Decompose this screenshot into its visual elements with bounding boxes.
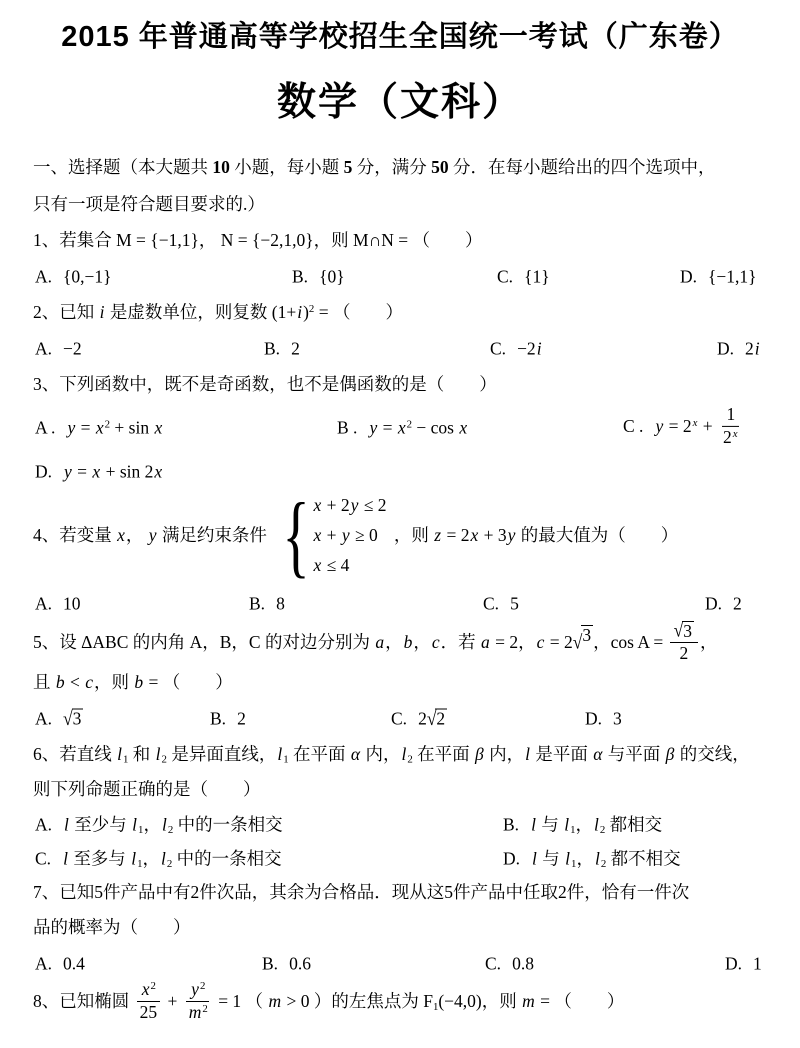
math-variable: b — [55, 672, 66, 692]
numerator: √3 — [670, 621, 698, 643]
math-variable: β — [665, 744, 676, 764]
question-5-option-D: D.3 — [585, 708, 622, 729]
question-6-option-B: B.l 与 l1，l2 都相交 — [503, 812, 662, 837]
option-label: A. — [35, 708, 52, 728]
constraint-rows: x + 2y ≤ 2x + y ≥ 0x ≤ 4 — [312, 490, 386, 580]
numerator: y2 — [186, 980, 209, 1002]
math-variable: y — [190, 979, 200, 999]
radicand: 3 — [72, 708, 84, 727]
question-1: 1、若集合 M = {−1,1}， N = {−2,1,0}，则 M∩N = （… — [33, 223, 767, 295]
denominator: 2 — [675, 643, 692, 664]
option-body: −2i — [517, 338, 543, 358]
superscript: x — [692, 417, 699, 429]
radical: √3 — [674, 621, 694, 641]
option-label: A. — [35, 266, 52, 286]
question-6-options-row-1: A.l 至少与 l1，l2 中的一条相交B.l 与 l1，l2 都相交 — [33, 807, 767, 841]
subscript: 1 — [570, 824, 575, 836]
option-label: D. — [680, 266, 697, 286]
math-variable: l — [593, 815, 600, 835]
math-variable: x — [116, 525, 126, 545]
math-variable: l — [62, 849, 69, 869]
math-variable: m — [188, 1002, 203, 1022]
option-body: 2i — [745, 338, 761, 358]
math-variable: c — [536, 632, 546, 652]
exam-paper: 2015 年普通高等学校招生全国统一考试（广东卷） 数学（文科） 一、选择题（本… — [0, 0, 800, 1048]
subscript: 2 — [600, 824, 605, 836]
option-body: y = x + sin 2x — [63, 461, 163, 481]
option-label: B. — [210, 708, 226, 728]
math-variable: y — [507, 525, 517, 545]
option-label: B. — [292, 266, 308, 286]
question-2: 2、已知 i 是虚数单位，则复数 (1+i)2 = （ ）A.−2B.2C.−2… — [33, 295, 767, 367]
math-variable: x — [692, 417, 699, 429]
question-4-options-row-1: A.10B.8C.5D.2 — [33, 585, 767, 623]
math-variable: x — [397, 418, 407, 438]
math-variable: x — [91, 461, 101, 481]
subscript: 1 — [137, 858, 142, 870]
constraint-row-2: x + y ≥ 0 — [312, 520, 386, 550]
option-label: A . — [35, 418, 55, 438]
option-body: −2 — [63, 338, 82, 358]
option-body: {0} — [319, 266, 345, 286]
option-body: 10 — [63, 594, 81, 614]
math-variable: l — [161, 815, 168, 835]
math-variable: x — [312, 525, 322, 545]
math-variable: m — [267, 991, 282, 1011]
math-variable: i — [296, 302, 303, 322]
math-variable: y — [654, 416, 664, 436]
option-body: {−1,1} — [708, 266, 757, 286]
subscript: 2 — [168, 824, 173, 836]
superscript: 2 — [200, 980, 205, 992]
option-label: B. — [262, 953, 278, 973]
question-8: 8、已知椭圆 x225 + y2m2 = 1 （ m > 0 ）的左焦点为 F1… — [33, 982, 767, 1024]
question-7-stem-line-2: 品的概率为（ ） — [33, 910, 767, 945]
denominator: m2 — [184, 1002, 212, 1023]
math-variable: x — [312, 555, 322, 575]
superscript: 2 — [105, 419, 110, 431]
math-variable: l — [155, 744, 162, 764]
math-variable: l — [531, 849, 538, 869]
option-label: D. — [725, 953, 742, 973]
superscript: 2 — [407, 419, 412, 431]
option-label: C. — [391, 708, 407, 728]
radicand: 3 — [682, 621, 694, 640]
numerator: x2 — [137, 980, 160, 1002]
question-6-stem-line-1: 6、若直线 l1 和 l2 是异面直线，l1 在平面 α 内，l2 在平面 β … — [33, 737, 767, 772]
radical-sign-icon: √ — [427, 707, 437, 731]
math-variable: x — [153, 461, 163, 481]
option-label: D. — [503, 849, 520, 869]
question-5-option-A: A.√3 — [35, 708, 83, 729]
option-body: l 至多与 l1，l2 中的一条相交 — [62, 849, 282, 869]
option-body: 0.8 — [512, 953, 534, 973]
option-body: l 与 l1，l2 都相交 — [530, 815, 662, 835]
math-variable: x — [732, 428, 739, 440]
option-body: l 至少与 l1，l2 中的一条相交 — [63, 815, 283, 835]
option-body: 3 — [613, 708, 622, 728]
page-subtitle: 数学（文科） — [33, 71, 767, 127]
constraint-row-1: x + 2y ≤ 2 — [312, 490, 386, 520]
option-label: A. — [35, 953, 52, 973]
math-variable: l — [131, 815, 138, 835]
option-body: {0,−1} — [63, 266, 112, 286]
question-7: 7、已知5件产品中有2件次品，其余为合格品．现从这5件产品中任取2件，恰有一件次… — [33, 875, 767, 982]
question-7-options-row-1: A.0.4B.0.6C.0.8D.1 — [33, 945, 767, 982]
option-body: √3 — [63, 708, 83, 728]
fraction: x225 — [136, 980, 162, 1022]
page-title: 2015 年普通高等学校招生全国统一考试（广东卷） — [33, 14, 767, 55]
math-variable: y — [66, 418, 76, 438]
question-2-option-C: C.−2i — [490, 338, 543, 359]
math-variable: b — [133, 672, 144, 692]
question-7-option-C: C.0.8 — [485, 953, 534, 974]
question-3-option-B: B .y = x2 − cos x — [337, 418, 468, 439]
subscript: 2 — [407, 754, 412, 766]
option-body: 2 — [291, 338, 300, 358]
question-5: 5、设 ΔABC 的内角 A，B，C 的对边分别为 a，b，c．若 a = 2，… — [33, 623, 767, 737]
question-3-option-A: A .y = x2 + sin x — [35, 418, 163, 439]
question-1-option-D: D.{−1,1} — [680, 266, 757, 287]
option-label: C. — [35, 849, 51, 869]
question-3-stem-line-1: 3、下列函数中，既不是奇函数，也不是偶函数的是（ ） — [33, 367, 767, 402]
denominator: 2x — [719, 427, 743, 448]
option-body: {1} — [524, 266, 550, 286]
math-variable: y — [350, 495, 360, 515]
question-2-stem-line-1: 2、已知 i 是虚数单位，则复数 (1+i)2 = （ ） — [33, 295, 767, 330]
math-variable: z — [433, 525, 442, 545]
section-heading: 一、选择题（本大题共 10 小题，每小题 5 分，满分 50 分．在每小题给出的… — [33, 149, 767, 223]
question-5-option-C: C.2√2 — [391, 708, 447, 729]
question-4-option-B: B.8 — [249, 594, 285, 615]
question-7-option-A: A.0.4 — [35, 953, 85, 974]
math-variable: c — [84, 672, 94, 692]
subscript: 1 — [283, 754, 288, 766]
math-variable: x — [312, 495, 322, 515]
math-variable: b — [403, 632, 414, 652]
radical: √3 — [63, 708, 83, 729]
math-variable: l — [564, 849, 571, 869]
radical: √2 — [427, 708, 447, 729]
math-variable: c — [431, 632, 441, 652]
superscript: 2 — [309, 303, 314, 315]
radicand: 3 — [581, 625, 593, 644]
question-2-options-row-1: A.−2B.2C.−2iD.2i — [33, 330, 767, 367]
option-body: 1 — [753, 953, 762, 973]
numerator: 1 — [722, 405, 739, 427]
math-variable: l — [594, 849, 601, 869]
subscript: 1 — [123, 754, 128, 766]
superscript: 2 — [151, 980, 156, 992]
math-variable: i — [754, 338, 761, 358]
subscript: 1 — [433, 1001, 438, 1013]
option-body: 2 — [237, 708, 246, 728]
radicand: 2 — [435, 708, 447, 727]
math-variable: l — [63, 815, 70, 835]
option-label: B. — [249, 594, 265, 614]
question-2-option-A: A.−2 — [35, 338, 82, 359]
math-variable: l — [524, 744, 531, 764]
radical: √3 — [573, 625, 593, 660]
bold-text: 50 — [431, 157, 449, 177]
math-variable: a — [374, 632, 385, 652]
option-label: A. — [35, 815, 52, 835]
subscript: 1 — [138, 824, 143, 836]
option-label: A. — [35, 338, 52, 358]
option-label: D. — [585, 708, 602, 728]
math-variable: l — [160, 849, 167, 869]
question-2-option-D: D.2i — [717, 338, 761, 359]
option-label: B . — [337, 418, 357, 438]
option-body: 8 — [276, 594, 285, 614]
question-1-option-B: B.{0} — [292, 266, 345, 287]
question-7-option-D: D.1 — [725, 953, 762, 974]
denominator: 25 — [136, 1002, 162, 1023]
option-body: y = x2 − cos x — [368, 418, 468, 438]
radical-sign-icon: √ — [573, 623, 583, 662]
option-body: y = x2 + sin x — [66, 418, 163, 438]
math-variable: i — [536, 338, 543, 358]
math-variable: α — [592, 744, 603, 764]
question-3-option-D: D.y = x + sin 2x — [35, 461, 163, 482]
fraction: √32 — [670, 621, 698, 663]
subscript: 2 — [167, 858, 172, 870]
section-heading-line-2: 只有一项是符合题目要求的.） — [33, 186, 767, 223]
bold-text: 10 — [212, 157, 230, 177]
math-variable: x — [458, 418, 468, 438]
math-variable: α — [350, 744, 361, 764]
question-1-option-A: A.{0,−1} — [35, 266, 112, 287]
question-7-option-B: B.0.6 — [262, 953, 311, 974]
question-1-options-row-1: A.{0,−1}B.{0}C.{1}D.{−1,1} — [33, 258, 767, 295]
option-body: 2 — [733, 594, 742, 614]
option-label: A. — [35, 594, 52, 614]
question-6-option-D: D.l 与 l1，l2 都不相交 — [503, 846, 681, 871]
left-brace-icon: { — [283, 487, 310, 583]
constraint-system: {x + 2y ≤ 2x + y ≥ 0x ≤ 4 — [274, 487, 386, 583]
option-label: D. — [35, 461, 52, 481]
math-variable: a — [480, 632, 491, 652]
question-4-stem-line-1: 4、若变量 x， y 满足约束条件 {x + 2y ≤ 2x + y ≥ 0x … — [33, 489, 767, 585]
math-variable: y — [341, 525, 351, 545]
option-label: C. — [497, 266, 513, 286]
math-variable: m — [521, 991, 536, 1011]
bold-text: 5 — [344, 157, 353, 177]
math-variable: β — [474, 744, 485, 764]
question-3-option-C: C .y = 2x + 12x — [623, 407, 745, 449]
option-body: l 与 l1，l2 都不相交 — [531, 849, 681, 869]
question-5-option-B: B.2 — [210, 708, 246, 729]
question-5-stem-line-1: 5、设 ΔABC 的内角 A，B，C 的对边分别为 a，b，c．若 a = 2，… — [33, 623, 767, 665]
math-variable: y — [148, 525, 158, 545]
option-label: D. — [717, 338, 734, 358]
question-6-stem-line-2: 则下列命题正确的是（ ） — [33, 772, 767, 807]
question-7-stem-line-1: 7、已知5件产品中有2件次品，其余为合格品．现从这5件产品中任取2件，恰有一件次 — [33, 875, 767, 910]
question-6: 6、若直线 l1 和 l2 是异面直线，l1 在平面 α 内，l2 在平面 β … — [33, 737, 767, 875]
math-variable: y — [63, 461, 73, 481]
question-4-option-D: D.2 — [705, 594, 742, 615]
question-5-stem-line-2: 且 b < c，则 b = （ ） — [33, 665, 767, 700]
fraction: 12x — [719, 405, 743, 447]
section-heading-line-1: 一、选择题（本大题共 10 小题，每小题 5 分，满分 50 分．在每小题给出的… — [33, 149, 767, 186]
question-3-options-row-2: D.y = x + sin 2x — [33, 454, 767, 489]
option-body: y = 2x + 12x — [654, 416, 744, 436]
math-variable: i — [99, 302, 106, 322]
option-label: C. — [485, 953, 501, 973]
option-label: C. — [483, 594, 499, 614]
question-2-option-B: B.2 — [264, 338, 300, 359]
question-6-options-row-2: C.l 至多与 l1，l2 中的一条相交D.l 与 l1，l2 都不相交 — [33, 841, 767, 875]
question-3: 3、下列函数中，既不是奇函数，也不是偶函数的是（ ）A .y = x2 + si… — [33, 367, 767, 489]
math-variable: y — [368, 418, 378, 438]
math-variable: x — [95, 418, 105, 438]
radical-sign-icon: √ — [674, 620, 684, 642]
question-1-option-C: C.{1} — [497, 266, 550, 287]
fraction: y2m2 — [184, 980, 212, 1022]
option-body: 5 — [510, 594, 519, 614]
superscript: x — [732, 428, 739, 440]
option-label: C. — [490, 338, 506, 358]
question-8-stem-line-1: 8、已知椭圆 x225 + y2m2 = 1 （ m > 0 ）的左焦点为 F1… — [33, 982, 767, 1024]
option-label: B. — [264, 338, 280, 358]
question-1-stem-line-1: 1、若集合 M = {−1,1}， N = {−2,1,0}，则 M∩N = （… — [33, 223, 767, 258]
question-4: 4、若变量 x， y 满足约束条件 {x + 2y ≤ 2x + y ≥ 0x … — [33, 489, 767, 623]
option-label: D. — [705, 594, 722, 614]
radical-sign-icon: √ — [63, 707, 73, 731]
question-3-options-row-1: A .y = x2 + sin xB .y = x2 − cos xC .y =… — [33, 402, 767, 454]
constraint-row-3: x ≤ 4 — [312, 550, 386, 580]
question-list: 1、若集合 M = {−1,1}， N = {−2,1,0}，则 M∩N = （… — [33, 223, 767, 1024]
question-6-option-A: A.l 至少与 l1，l2 中的一条相交 — [35, 812, 283, 837]
option-label: B. — [503, 815, 519, 835]
option-label: C . — [623, 416, 643, 436]
question-4-option-C: C.5 — [483, 594, 519, 615]
math-variable: x — [469, 525, 479, 545]
math-variable: l — [530, 815, 537, 835]
option-body: 0.4 — [63, 953, 85, 973]
superscript: 2 — [202, 1003, 207, 1015]
math-variable: l — [116, 744, 123, 764]
subscript: 1 — [571, 858, 576, 870]
question-4-option-A: A.10 — [35, 594, 81, 615]
subscript: 2 — [601, 858, 606, 870]
question-5-options-row-1: A.√3B.2C.2√2D.3 — [33, 700, 767, 737]
question-6-option-C: C.l 至多与 l1，l2 中的一条相交 — [35, 846, 282, 871]
math-variable: x — [141, 979, 151, 999]
subscript: 2 — [162, 754, 167, 766]
option-body: 2√2 — [418, 708, 447, 728]
math-variable: x — [153, 418, 163, 438]
option-body: 0.6 — [289, 953, 311, 973]
